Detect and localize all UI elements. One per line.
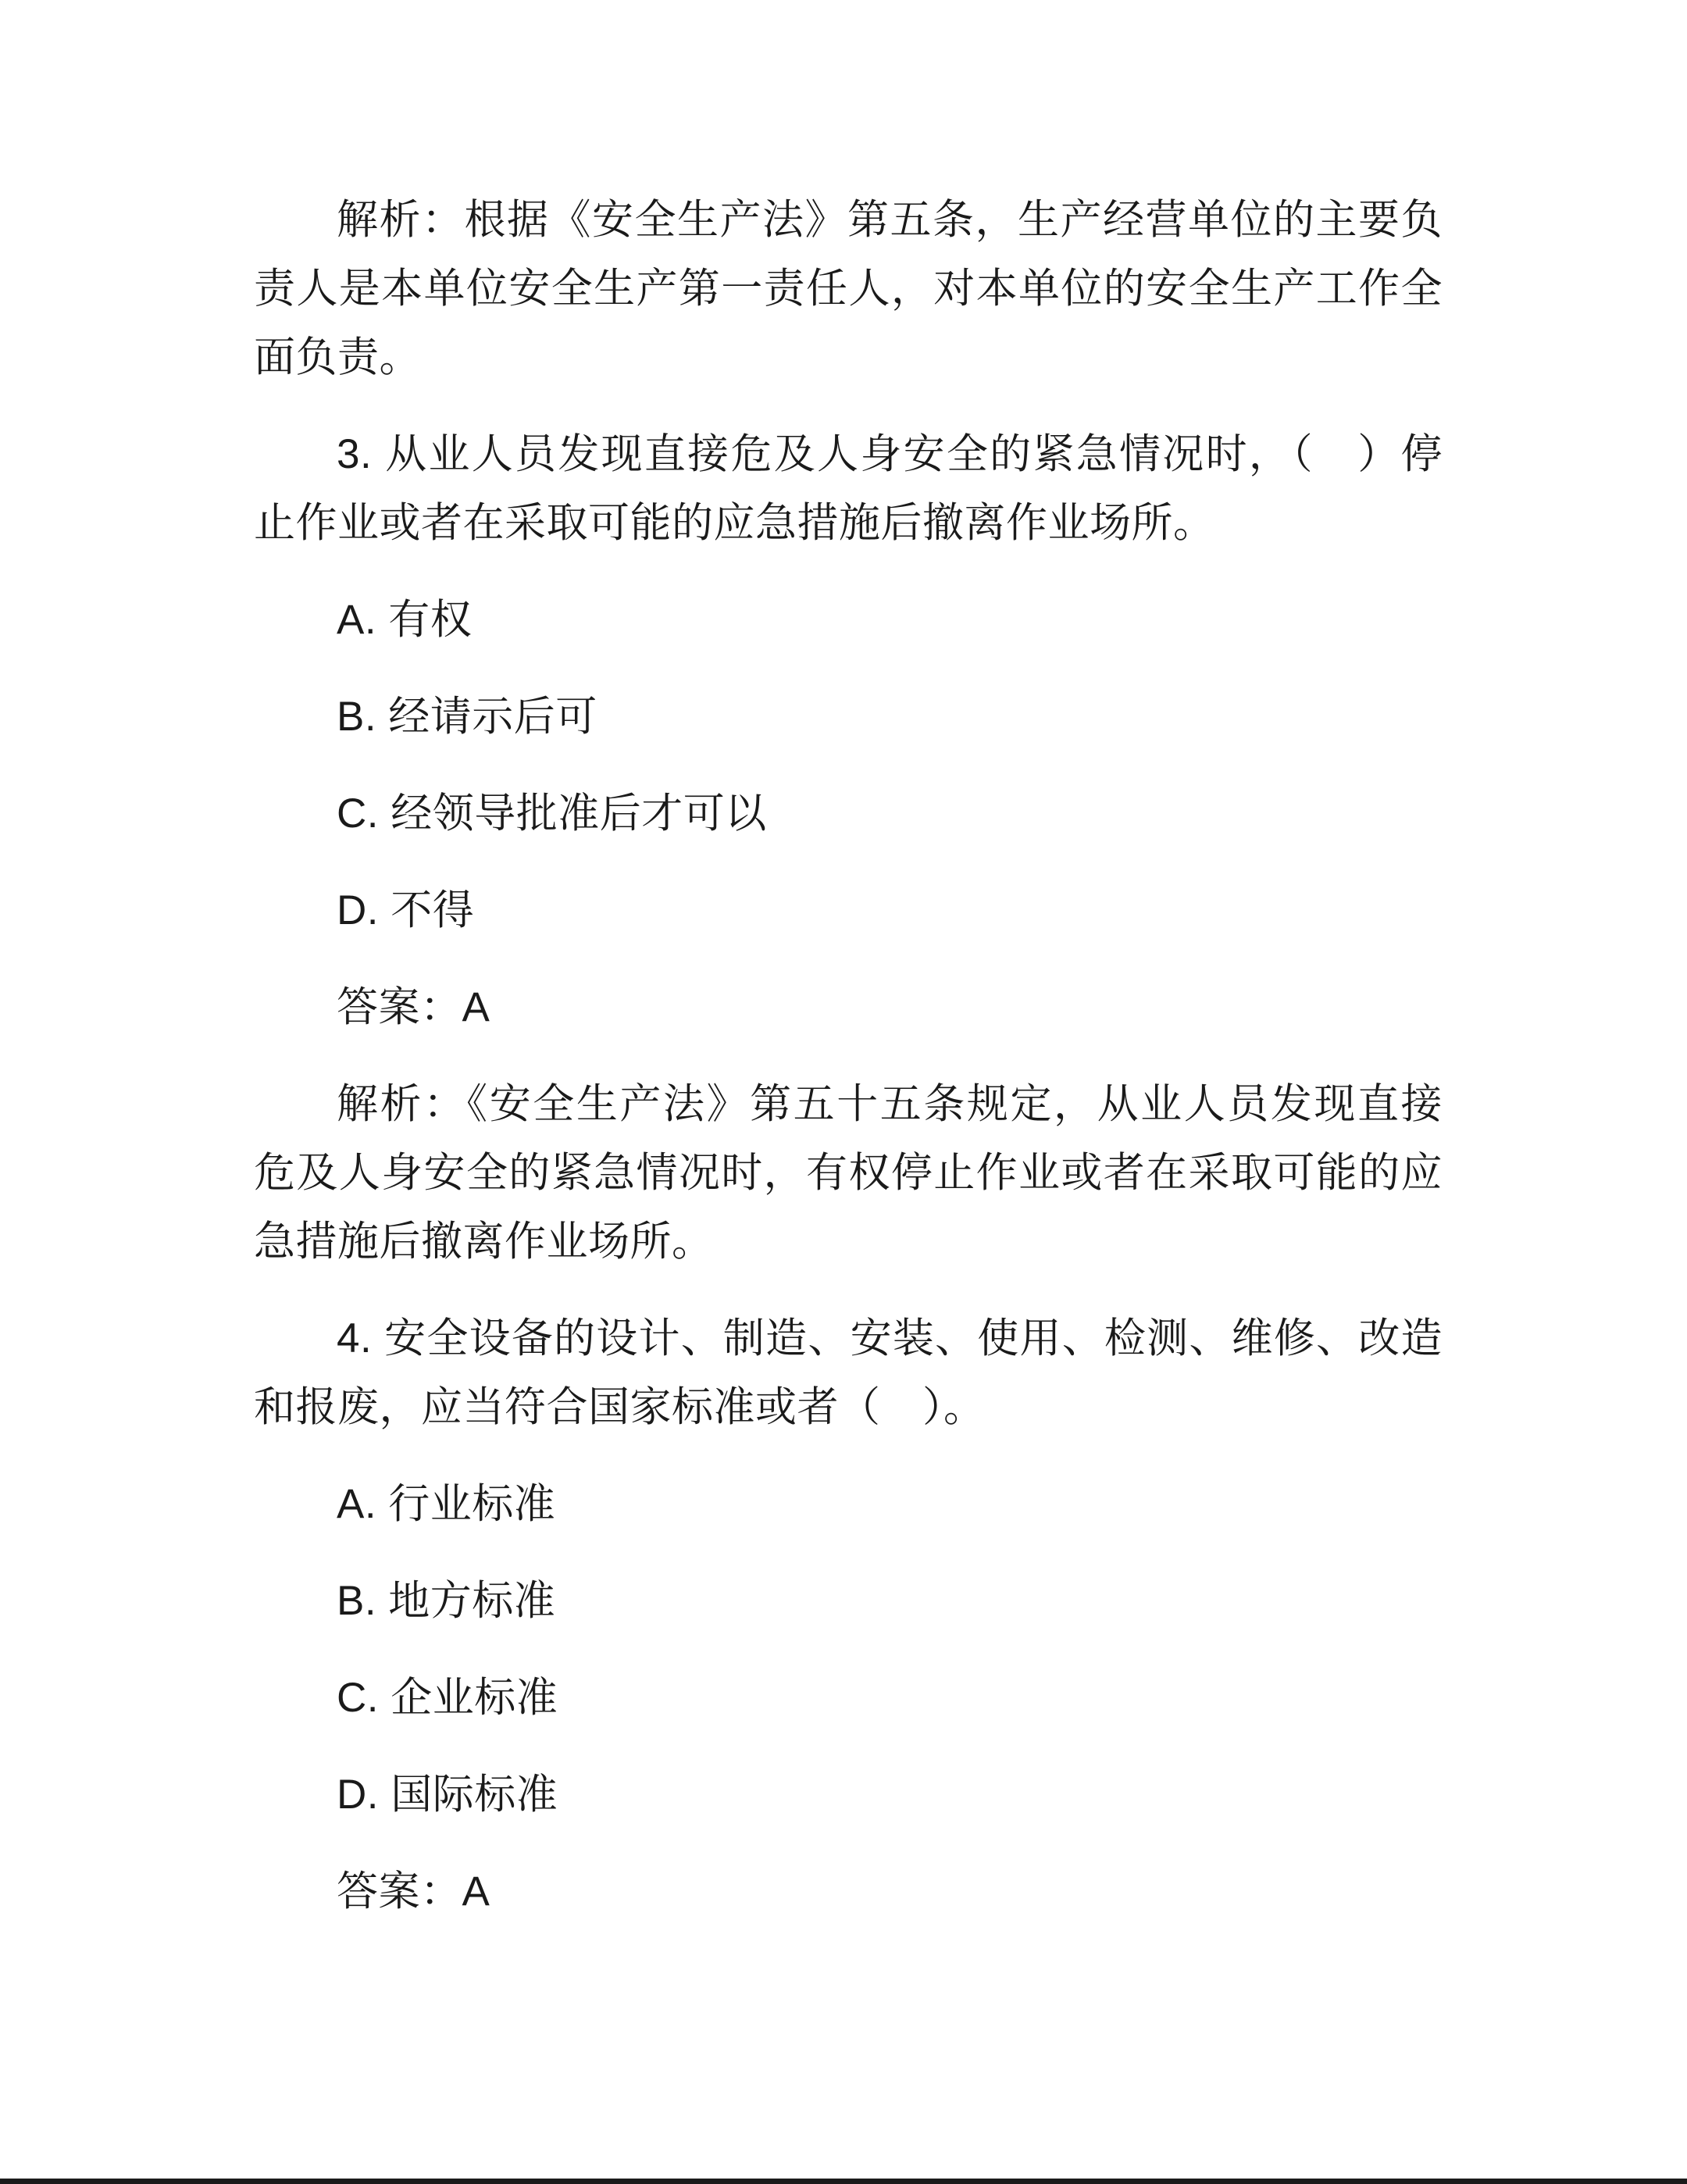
answer-text-3: 答案：A bbox=[254, 973, 1443, 1042]
question-text-3: 3. 从业人员发现直接危及人身安全的紧急情况时，（ ）停止作业或者在采取可能的应… bbox=[254, 420, 1443, 558]
window-bottom-edge-bar bbox=[0, 2179, 1687, 2184]
document-content: 解析：根据《安全生产法》第五条，生产经营单位的主要负责人是本单位安全生产第一责任… bbox=[254, 186, 1443, 1954]
question-text-4: 4. 安全设备的设计、制造、安装、使用、检测、维修、改造和报废，应当符合国家标准… bbox=[254, 1304, 1443, 1442]
answer-text-4: 答案：A bbox=[254, 1857, 1443, 1926]
option-4b: B. 地方标准 bbox=[254, 1567, 1443, 1636]
option-4c: C. 企业标准 bbox=[254, 1664, 1443, 1733]
option-3c: C. 经领导批准后才可以 bbox=[254, 780, 1443, 848]
option-3d: D. 不得 bbox=[254, 876, 1443, 945]
option-3b: B. 经请示后可 bbox=[254, 683, 1443, 751]
option-3a: A. 有权 bbox=[254, 586, 1443, 655]
explanation-paragraph: 解析：根据《安全生产法》第五条，生产经营单位的主要负责人是本单位安全生产第一责任… bbox=[254, 186, 1443, 392]
document-page: 解析：根据《安全生产法》第五条，生产经营单位的主要负责人是本单位安全生产第一责任… bbox=[0, 0, 1687, 2184]
option-4a: A. 行业标准 bbox=[254, 1470, 1443, 1539]
explanation-paragraph: 解析：《安全生产法》第五十五条规定，从业人员发现直接危及人身安全的紧急情况时，有… bbox=[254, 1070, 1443, 1276]
option-4d: D. 国际标准 bbox=[254, 1761, 1443, 1829]
